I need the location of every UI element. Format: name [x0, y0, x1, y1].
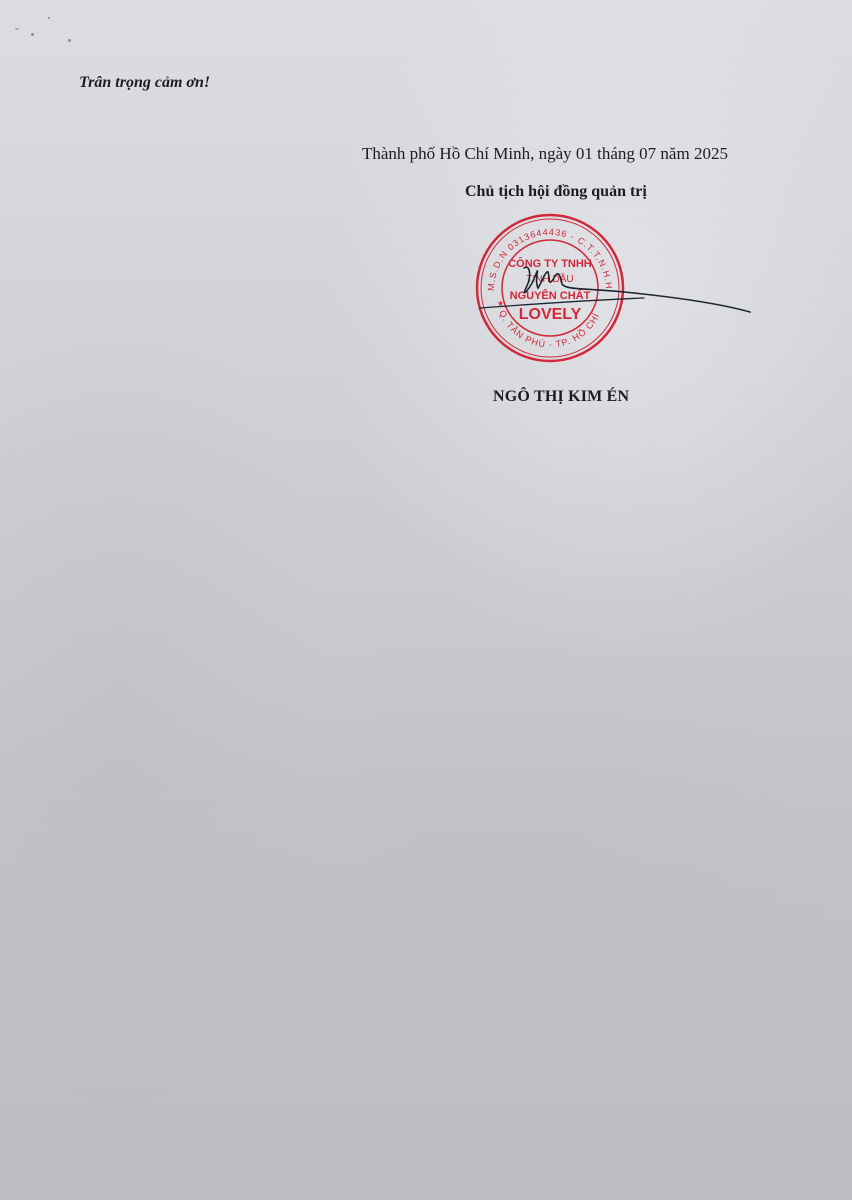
seal-center-text: CÔNG TY TNHH TINH DẦU NGUYÊN CHẤT LOVELY: [508, 257, 592, 323]
closing-line: Trân trọng cảm ơn!: [79, 74, 210, 92]
place-date-line: Thành phố Hồ Chí Minh, ngày 01 tháng 07 …: [362, 144, 728, 164]
paper-background: [0, 0, 852, 1200]
signer-name: NGÔ THỊ KIM ÉN: [493, 388, 629, 406]
svg-text:CÔNG TY TNHH: CÔNG TY TNHH: [508, 257, 592, 270]
dust-speck: [31, 33, 34, 36]
company-seal: M.S.D.N 0313644436 - C.T.T.N.H.H Q. TÂN …: [474, 216, 764, 366]
signer-title: Chủ tịch hội đồng quản trị: [465, 183, 647, 201]
dust-speck: [15, 28, 19, 30]
dust-speck: [68, 39, 71, 42]
svg-text:LOVELY: LOVELY: [519, 306, 582, 323]
seal-and-signature-graphic: M.S.D.N 0313644436 - C.T.T.N.H.H Q. TÂN …: [474, 216, 764, 366]
svg-text:NGUYÊN CHẤT: NGUYÊN CHẤT: [510, 289, 591, 302]
dust-speck: [48, 17, 50, 19]
